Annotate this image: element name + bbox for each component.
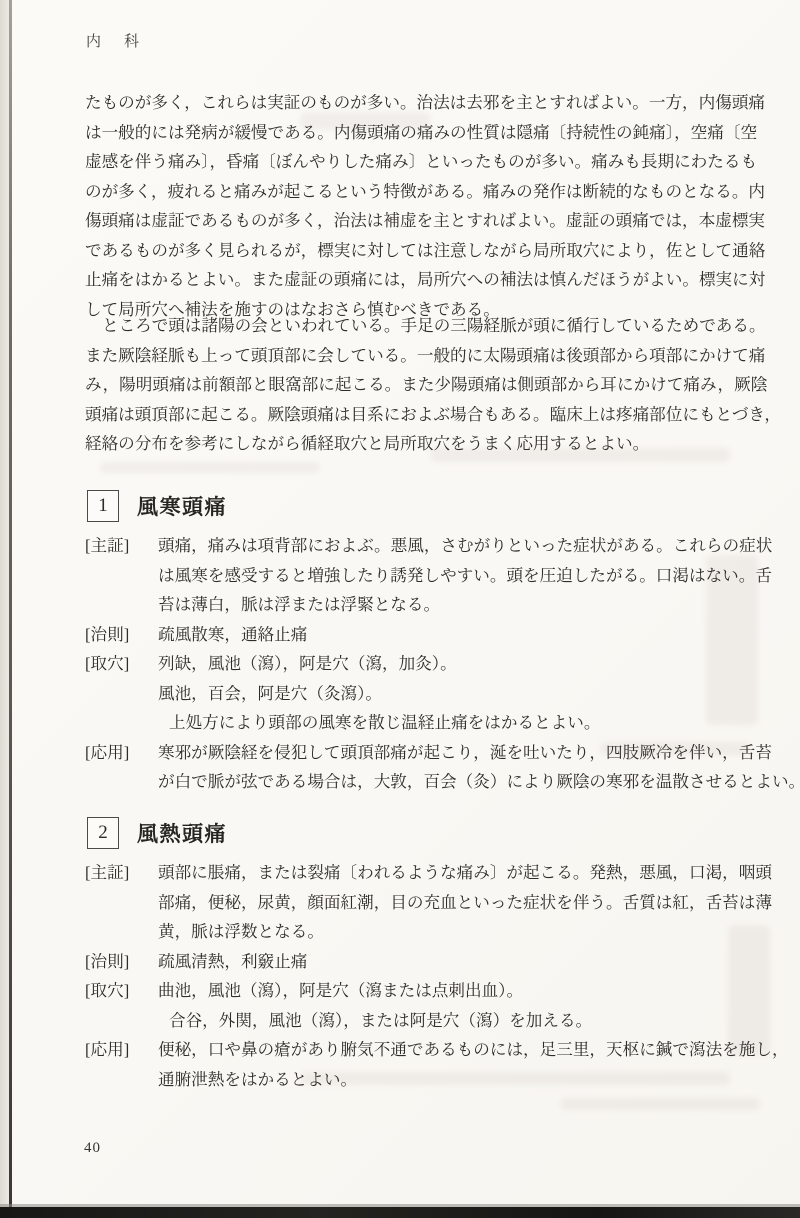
labeled-row-oyo: [応用] 寒邪が厥陰経を侵犯して頭頂部痛が起こり，涎を吐いたり，四肢厥冷を伴い，…	[85, 738, 753, 797]
body-line: 上処方により頭部の風寒を散じ温経止痛をはかるとよい。	[158, 708, 753, 738]
body-line: 曲池，風池（瀉），阿是穴（瀉または点刺出血）。	[158, 976, 753, 1006]
row-label: [取穴]	[85, 976, 158, 1006]
labeled-row-oyo: [応用] 便秘，口や鼻の瘡があり腑気不通であるものには，足三里，天枢に鍼で瀉法を…	[85, 1035, 753, 1094]
body-line: 黄，脈は浮数となる。	[158, 917, 772, 947]
scan-left-margin	[0, 0, 9, 1218]
section-number-box: 1	[87, 490, 119, 522]
section-2-body: [主証] 頭部に脹痛，または裂痛〔われるような痛み〕が起こる。発熱，悪風，口渇，…	[85, 858, 753, 1094]
labeled-row-shuketsu: [取穴] 曲池，風池（瀉），阿是穴（瀉または点刺出血）。 合谷，外関，風池（瀉）…	[85, 976, 753, 1035]
body-line: 疏風清熱，利竅止痛	[158, 947, 753, 977]
body-line: 経絡の分布を参考にしながら循経取穴と局所取穴をうまく応用するとよい。	[85, 429, 753, 459]
labeled-row-shusho: [主証] 頭痛，痛みは項背部におよぶ。悪風，さむがりといった症状がある。これらの…	[85, 531, 753, 620]
body-line: 部痛，便秘，尿黄，顔面紅潮，目の充血といった症状を伴う。舌質は紅，舌苔は薄	[158, 888, 772, 918]
row-content: 列缺，風池（瀉），阿是穴（瀉，加灸）。 風池，百会，阿是穴（灸瀉）。 上処方によ…	[158, 649, 753, 738]
body-line: 頭部に脹痛，または裂痛〔われるような痛み〕が起こる。発熱，悪風，口渇，咽頭	[158, 858, 772, 888]
bleedthrough-artifact	[100, 462, 320, 473]
body-line: 苔は薄白，脈は浮または浮緊となる。	[158, 590, 772, 620]
scan-bottom-edge	[0, 1207, 800, 1218]
body-line: であるものが多く見られるが，標実に対しては注意しながら局所取穴により，佐として通…	[85, 236, 753, 266]
body-line: 止痛をはかるとよい。また虚証の頭痛には，局所穴への補法は慎んだほうがよい。標実に…	[85, 265, 753, 295]
section-1-heading: 1 風寒頭痛	[87, 489, 227, 523]
section-title: 風熱頭痛	[137, 818, 227, 848]
body-line: 虚感を伴う痛み〕，昏痛〔ぼんやりした痛み〕といったものが多い。痛みも長期にわたる…	[85, 147, 753, 177]
body-line: ところで頭は諸陽の会といわれている。手足の三陽経脈が頭に循行しているためである。	[85, 311, 753, 341]
intro-paragraph-2: ところで頭は諸陽の会といわれている。手足の三陽経脈が頭に循行しているためである。…	[85, 311, 753, 459]
row-content: 疏風清熱，利竅止痛	[158, 947, 753, 977]
body-line: 傷頭痛は虚証であるものが多く，治法は補虚を主とすればよい。虚証の頭痛では，本虚標…	[85, 206, 753, 236]
row-content: 便秘，口や鼻の瘡があり腑気不通であるものには，足三里，天枢に鍼で瀉法を施し， 通…	[158, 1035, 789, 1094]
section-1-body: [主証] 頭痛，痛みは項背部におよぶ。悪風，さむがりといった症状がある。これらの…	[85, 531, 753, 797]
body-line: は風寒を感受すると増強したり誘発しやすい。頭を圧迫したがる。口渇はない。舌	[158, 561, 772, 591]
page-number: 40	[84, 1140, 101, 1157]
intro-paragraph-1: たものが多く，これらは実証のものが多い。治法は去邪を主とすればよい。一方，内傷頭…	[85, 88, 753, 324]
row-content: 頭部に脹痛，または裂痛〔われるような痛み〕が起こる。発熱，悪風，口渇，咽頭 部痛…	[158, 858, 772, 947]
row-label: [治則]	[85, 947, 158, 977]
body-line: 列缺，風池（瀉），阿是穴（瀉，加灸）。	[158, 649, 753, 679]
row-label: [治則]	[85, 620, 158, 650]
body-line: 疏風散寒，通絡止痛	[158, 620, 753, 650]
section-number-box: 2	[87, 817, 119, 849]
body-line: が白で脈が弦である場合は，大敦，百会（灸）により厥陰の寒邪を温散させるとよい。	[158, 767, 800, 797]
body-line: また厥陰経脈も上って頭頂部に会している。一般的に太陽頭痛は後頭部から項部にかけて…	[85, 341, 753, 371]
row-label: [応用]	[85, 1035, 158, 1065]
body-line: 寒邪が厥陰経を侵犯して頭頂部痛が起こり，涎を吐いたり，四肢厥冷を伴い，舌苔	[158, 738, 800, 768]
section-2-heading: 2 風熱頭痛	[87, 816, 227, 850]
row-label: [応用]	[85, 738, 158, 768]
row-content: 疏風散寒，通絡止痛	[158, 620, 753, 650]
row-content: 頭痛，痛みは項背部におよぶ。悪風，さむがりといった症状がある。これらの症状 は風…	[158, 531, 772, 620]
labeled-row-shusho: [主証] 頭部に脹痛，または裂痛〔われるような痛み〕が起こる。発熱，悪風，口渇，…	[85, 858, 753, 947]
scan-page-edge-line	[9, 0, 12, 1218]
body-line: み，陽明頭痛は前額部と眼窩部に起こる。また少陽頭痛は側頭部から耳にかけて痛み，厥…	[85, 370, 753, 400]
row-label: [主証]	[85, 531, 158, 561]
body-line: 頭痛，痛みは項背部におよぶ。悪風，さむがりといった症状がある。これらの症状	[158, 531, 772, 561]
scanned-book-page: 内 科 たものが多く，これらは実証のものが多い。治法は去邪を主とすればよい。一方…	[0, 0, 800, 1218]
body-line: は一般的には発病が緩慢である。内傷頭痛の痛みの性質は隠痛〔持続性の鈍痛〕，空痛〔…	[85, 118, 753, 148]
body-line: 合谷，外関，風池（瀉），または阿是穴（瀉）を加える。	[158, 1006, 753, 1036]
body-line: 通腑泄熱をはかるとよい。	[158, 1065, 789, 1095]
section-title: 風寒頭痛	[137, 491, 227, 521]
labeled-row-shuketsu: [取穴] 列缺，風池（瀉），阿是穴（瀉，加灸）。 風池，百会，阿是穴（灸瀉）。 …	[85, 649, 753, 738]
running-header: 内 科	[86, 30, 143, 51]
row-label: [主証]	[85, 858, 158, 888]
body-line: 風池，百会，阿是穴（灸瀉）。	[158, 679, 753, 709]
body-line: たものが多く，これらは実証のものが多い。治法は去邪を主とすればよい。一方，内傷頭…	[85, 88, 753, 118]
row-content: 曲池，風池（瀉），阿是穴（瀉または点刺出血）。 合谷，外関，風池（瀉），または阿…	[158, 976, 753, 1035]
row-content: 寒邪が厥陰経を侵犯して頭頂部痛が起こり，涎を吐いたり，四肢厥冷を伴い，舌苔 が白…	[158, 738, 800, 797]
row-label: [取穴]	[85, 649, 158, 679]
body-line: 頭痛は頭頂部に起こる。厥陰頭痛は目系におよぶ場合もある。臨床上は疼痛部位にもとづ…	[85, 400, 753, 430]
labeled-row-chisoku: [治則] 疏風散寒，通絡止痛	[85, 620, 753, 650]
labeled-row-chisoku: [治則] 疏風清熱，利竅止痛	[85, 947, 753, 977]
body-line: 便秘，口や鼻の瘡があり腑気不通であるものには，足三里，天枢に鍼で瀉法を施し，	[158, 1035, 789, 1065]
body-line: のが多く，疲れると痛みが起こるという特徴がある。痛みの発作は断続的なものとなる。…	[85, 177, 753, 207]
bleedthrough-artifact	[560, 1098, 760, 1110]
